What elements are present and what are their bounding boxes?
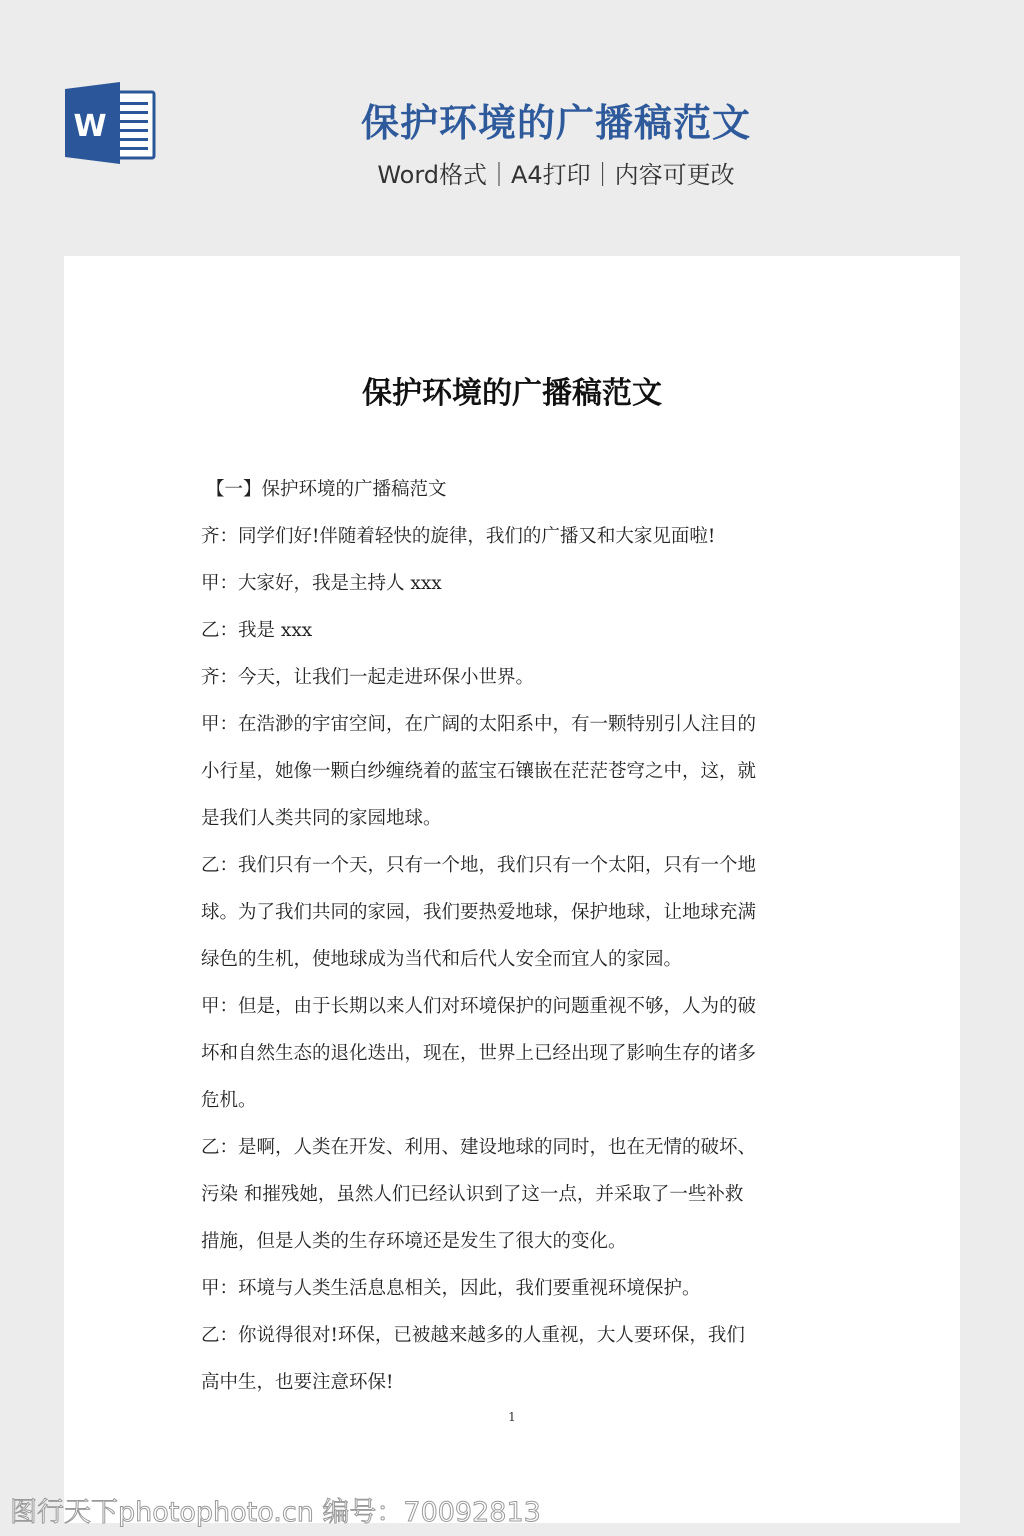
word-document-icon: W	[65, 82, 157, 164]
document-page: 保护环境的广播稿范文 【一】保护环境的广播稿范文 齐：同学们好!伴随着轻快的旋律…	[64, 256, 960, 1523]
document-body: 【一】保护环境的广播稿范文 齐：同学们好!伴随着轻快的旋律，我们的广播又和大家见…	[201, 466, 841, 1406]
paragraph-line: 乙：我是 xxx	[201, 607, 841, 654]
paragraph-line: 是我们人类共同的家园地球。	[201, 795, 841, 842]
paragraph-line: 小行星，她像一颗白纱缠绕着的蓝宝石镶嵌在茫茫苍穹之中，这，就	[201, 748, 841, 795]
paragraph-line: 绿色的生机，使地球成为当代和后代人安全而宜人的家园。	[201, 936, 841, 983]
section-heading: 【一】保护环境的广播稿范文	[201, 466, 841, 513]
paragraph-line: 乙：我们只有一个天，只有一个地，我们只有一个太阳，只有一个地	[201, 842, 841, 889]
header-subtitle: Word格式｜A4打印｜内容可更改	[300, 155, 812, 190]
paragraph-line: 甲：环境与人类生活息息相关，因此，我们要重视环境保护。	[201, 1265, 841, 1312]
paragraph-line: 坏和自然生态的退化迭出，现在，世界上已经出现了影响生存的诸多	[201, 1030, 841, 1077]
watermark-text: 图行天下photophoto.cn 编号：70092813	[10, 1490, 541, 1529]
paragraph-line: 乙：是啊，人类在开发、利用、建设地球的同时，也在无情的破坏、	[201, 1124, 841, 1171]
paragraph-line: 高中生，也要注意环保!	[201, 1359, 841, 1406]
paragraph-line: 齐：今天，让我们一起走进环保小世界。	[201, 654, 841, 701]
svg-text:W: W	[73, 109, 106, 144]
paragraph-line: 污染 和摧残她，虽然人们已经认识到了这一点，并采取了一些补救	[201, 1171, 841, 1218]
document-title: 保护环境的广播稿范文	[64, 368, 960, 412]
paragraph-line: 危机。	[201, 1077, 841, 1124]
header-title: 保护环境的广播稿范文	[300, 92, 812, 147]
paragraph-line: 甲：但是，由于长期以来人们对环境保护的问题重视不够，人为的破	[201, 983, 841, 1030]
paragraph-line: 齐：同学们好!伴随着轻快的旋律，我们的广播又和大家见面啦!	[201, 513, 841, 560]
header-banner: W 保护环境的广播稿范文 Word格式｜A4打印｜内容可更改	[0, 0, 1024, 256]
paragraph-line: 乙：你说得很对!环保，已被越来越多的人重视，大人要环保，我们	[201, 1312, 841, 1359]
page-number: 1	[64, 1410, 960, 1424]
paragraph-line: 措施，但是人类的生存环境还是发生了很大的变化。	[201, 1218, 841, 1265]
paragraph-line: 甲：在浩渺的宇宙空间，在广阔的太阳系中，有一颗特别引人注目的	[201, 701, 841, 748]
paragraph-line: 球。为了我们共同的家园，我们要热爱地球，保护地球，让地球充满	[201, 889, 841, 936]
paragraph-line: 甲：大家好，我是主持人 xxx	[201, 560, 841, 607]
